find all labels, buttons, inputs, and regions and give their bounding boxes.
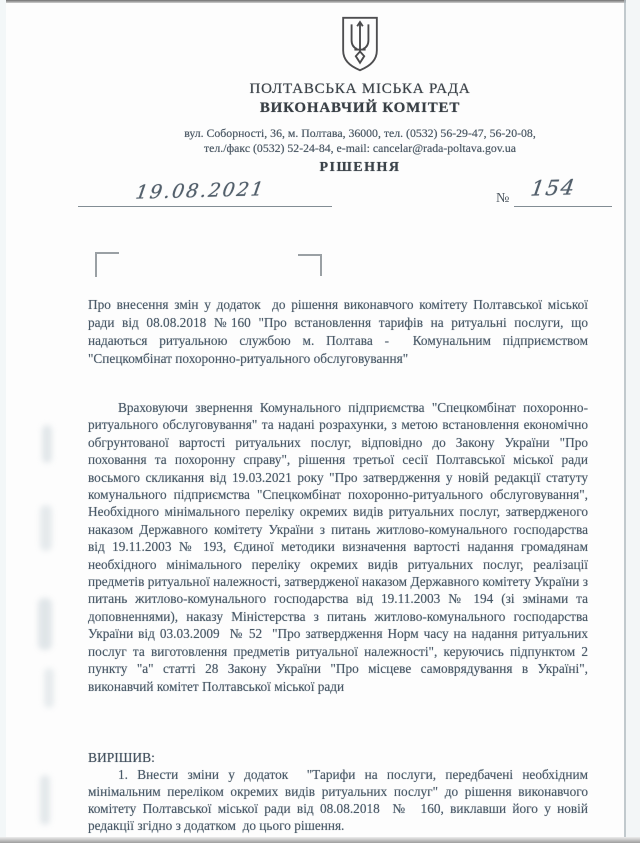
- scan-artifact: [38, 598, 52, 650]
- doc-type-title: РІШЕННЯ: [80, 160, 640, 176]
- handwritten-date: 19.08.2021: [134, 178, 267, 203]
- scan-artifact: [40, 505, 52, 551]
- document-page: ПОЛТАВСЬКА МІСЬКА РАДА ВИКОНАВЧИЙ КОМІТЕ…: [0, 0, 640, 843]
- address-line-1: вул. Соборності, 36, м. Полтава, 36000, …: [80, 126, 640, 141]
- scan-artifact: [44, 668, 54, 708]
- number-underline: [514, 206, 612, 207]
- subject-paragraph: Про внесення змін у додаток до рішення в…: [88, 296, 588, 368]
- resolution-point-1: 1. Внести зміни у додаток "Тарифи на пос…: [88, 766, 588, 834]
- scan-artifact: [40, 775, 50, 825]
- scan-edge-left: [0, 0, 6, 843]
- scan-edge-top: [0, 0, 640, 3]
- ukraine-trident-emblem-icon: [338, 15, 382, 73]
- org-name: ПОЛТАВСЬКА МІСЬКА РАДА: [80, 81, 640, 98]
- org-subname: ВИКОНАВЧИЙ КОМІТЕТ: [80, 100, 640, 117]
- corner-mark-left: [95, 252, 119, 277]
- handwritten-number: 154: [529, 175, 577, 200]
- corner-mark-right: [298, 254, 322, 276]
- date-underline: [78, 206, 332, 207]
- scan-artifact: [42, 425, 52, 463]
- address-line-2: тел./факс (0532) 52-24-84, e-mail: cance…: [80, 141, 640, 156]
- resolved-label: ВИРІШИВ:: [88, 750, 155, 766]
- number-label: №: [496, 191, 509, 207]
- scan-edge-bottom: [0, 837, 640, 843]
- preamble-paragraph: Враховуючи звернення Комунального підпри…: [88, 399, 588, 695]
